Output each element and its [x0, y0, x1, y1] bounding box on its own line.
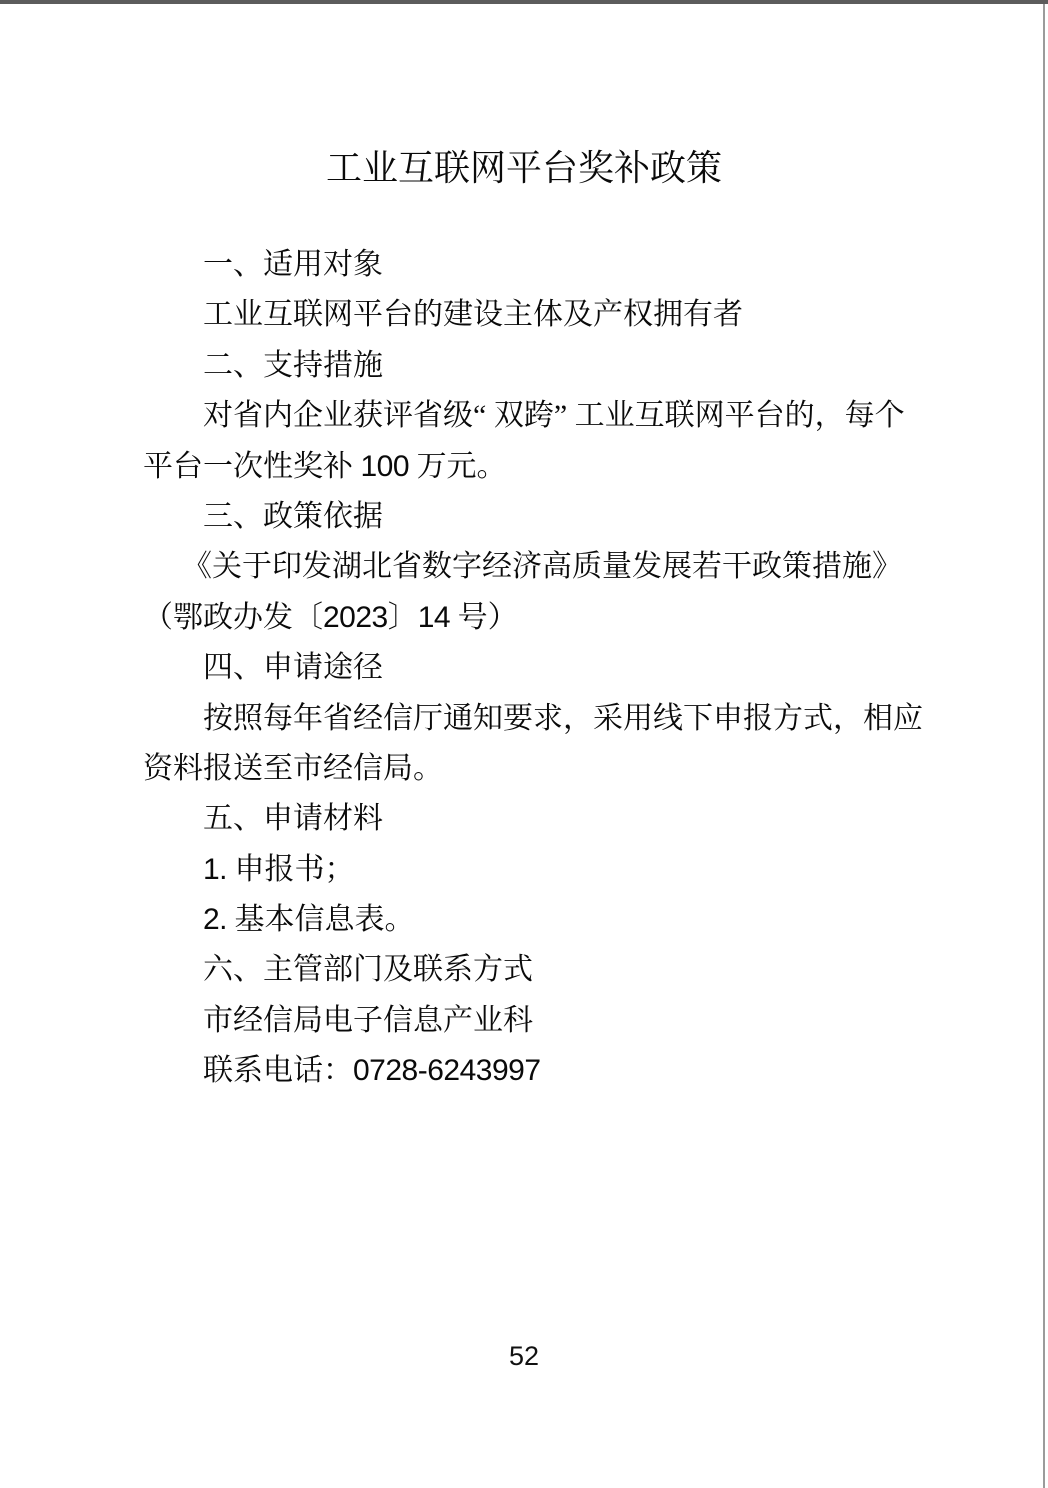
numeral-text: 2023	[323, 601, 388, 634]
page-right-edge	[1043, 4, 1045, 1488]
text-line: 平台一次性奖补 100 万元。	[143, 442, 913, 492]
text-line: 1. 申报书；	[143, 845, 913, 895]
text-line: 资料报送至市经信局。	[143, 744, 913, 794]
text-line: 二、支持措施	[143, 341, 913, 391]
text-line: 市经信局电子信息产业科	[143, 996, 913, 1046]
numeral-text: 0728-6243997	[353, 1054, 541, 1087]
text-line: 一、适用对象	[143, 240, 913, 290]
viewer-top-edge	[0, 0, 1048, 4]
text-line: 按照每年省经信厅通知要求，采用线下申报方式，相应	[143, 694, 913, 744]
numeral-text: 2.	[203, 903, 227, 936]
document-page: 工业互联网平台奖补政策 一、适用对象工业互联网平台的建设主体及产权拥有者二、支持…	[0, 0, 1048, 1488]
text-line: 五、申请材料	[143, 794, 913, 844]
text-line: （鄂政办发〔2023〕14 号）	[143, 593, 913, 643]
text-line: 三、政策依据	[143, 492, 913, 542]
text-line: 联系电话：0728-6243997	[143, 1046, 913, 1096]
numeral-text: 100	[361, 450, 410, 483]
numeral-text: 1.	[203, 853, 227, 886]
text-line: 工业互联网平台的建设主体及产权拥有者	[143, 290, 913, 340]
numeral-text: 14	[418, 601, 450, 634]
document-body: 一、适用对象工业互联网平台的建设主体及产权拥有者二、支持措施对省内企业获评省级“…	[143, 240, 913, 1097]
text-line: 四、申请途径	[143, 643, 913, 693]
text-line: 2. 基本信息表。	[143, 895, 913, 945]
text-line: 《关于印发湖北省数字经济高质量发展若干政策措施》	[143, 542, 913, 592]
page-number: 52	[0, 1340, 1048, 1372]
document-title: 工业互联网平台奖补政策	[0, 143, 1048, 193]
text-line: 六、主管部门及联系方式	[143, 945, 913, 995]
text-line: 对省内企业获评省级“ 双跨” 工业互联网平台的，每个	[143, 391, 913, 441]
